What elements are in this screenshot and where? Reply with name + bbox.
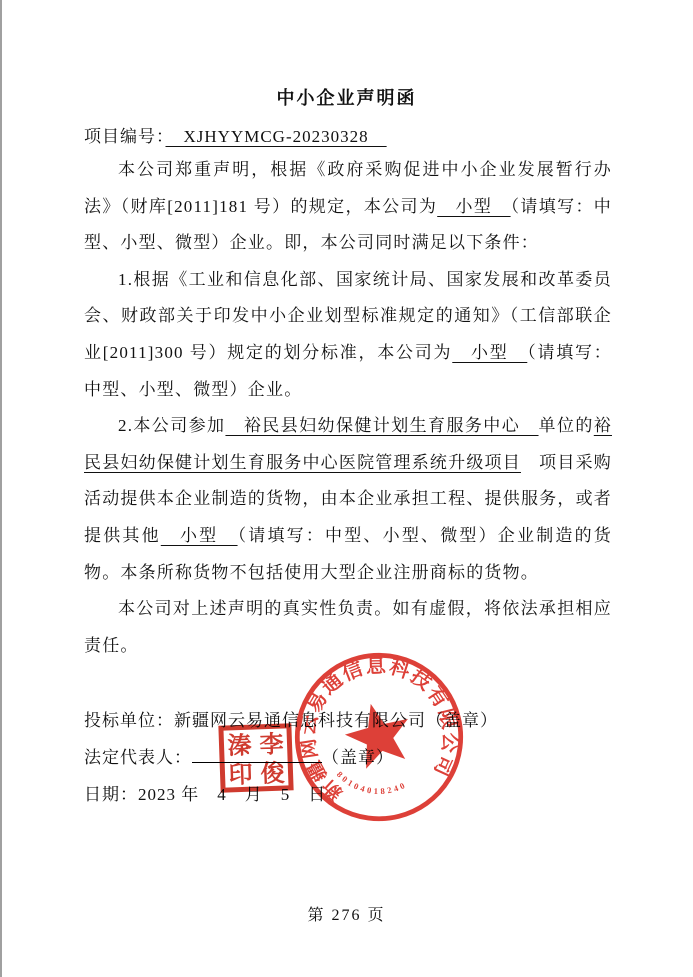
enterprise-type-field: 小型 [452,343,527,362]
project-number-label: 项目编号： [84,127,166,146]
project-number-line: 项目编号： XJHYYMCG-20230328 [84,122,624,147]
page-number: 第 276 页 [0,902,693,925]
paragraph-condition-1: 1.根据《工业和信息化部、国家统计局、国家发展和改革委员会、财政部关于印发中小企… [84,262,612,408]
page-left-edge-line [0,0,2,977]
text-segment: 2.本公司参加 [118,416,225,435]
personal-name-seal: 溱 李 印 俊 [218,723,294,794]
purchaser-name-field: 裕民县妇幼保健计划生育服务中心 [225,416,538,435]
date-label: 日期： [84,785,138,804]
name-seal-char: 印 [228,761,253,789]
document-title: 中小企业声明函 [0,84,693,110]
bidder-label: 投标单位： [84,711,174,730]
project-number-value: XJHYYMCG-20230328 [166,127,387,146]
name-seal-char: 李 [259,731,284,759]
paragraph-condition-2: 2.本公司参加 裕民县妇幼保健计划生育服务中心 单位的裕民县妇幼保健计划生育服务… [84,408,612,591]
document-body: 本公司郑重声明，根据《政府采购促进中小企业发展暂行办法》（财库[2011]181… [84,152,612,664]
text-segment: 单位的 [539,416,594,435]
legal-representative-label: 法定代表人： [84,748,192,767]
name-seal-char: 溱 [227,732,252,760]
enterprise-type-field: 小型 [437,197,510,216]
star-icon [339,696,417,772]
name-seal-char: 俊 [260,759,285,788]
enterprise-type-field: 小型 [161,526,238,545]
paragraph-declaration: 本公司郑重声明，根据《政府采购促进中小企业发展暂行办法》（财库[2011]181… [84,152,612,262]
document-page: 中小企业声明函 项目编号： XJHYYMCG-20230328 本公司郑重声明，… [0,0,693,977]
